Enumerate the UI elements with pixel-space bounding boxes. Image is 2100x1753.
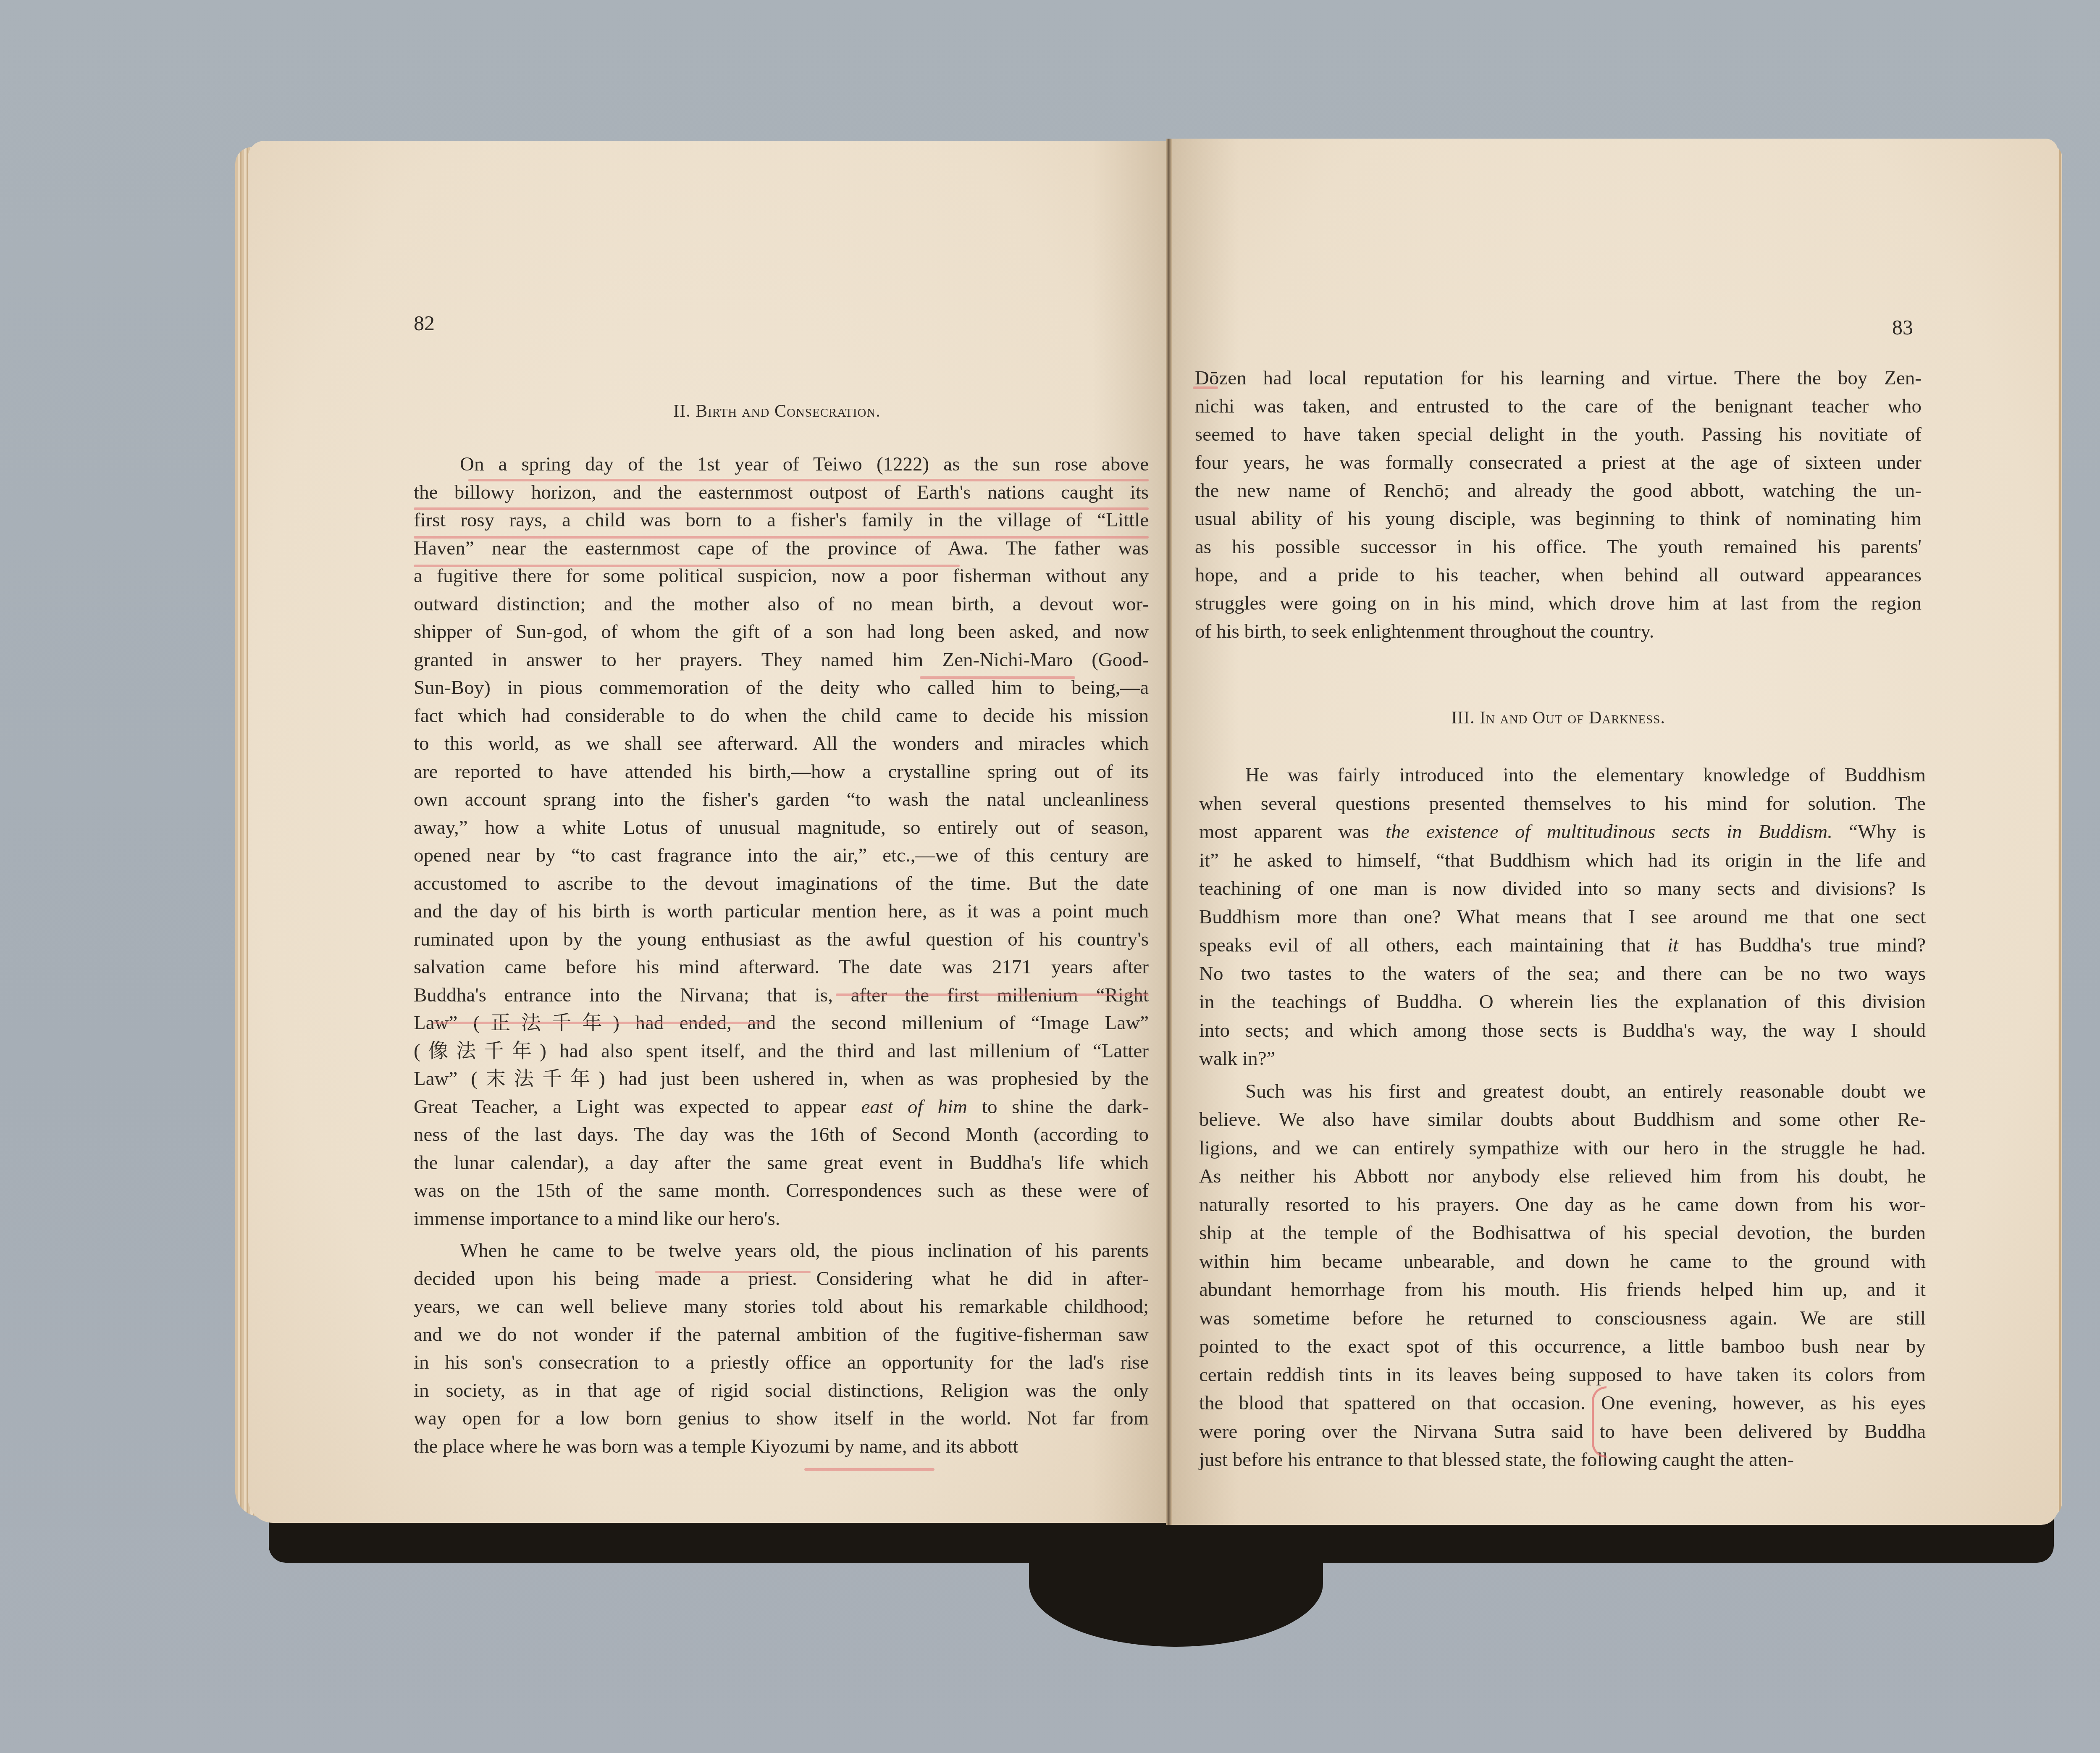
page-number-right: 83 bbox=[1892, 315, 1913, 339]
text-line: nichi was taken, and entrusted to the ca… bbox=[1195, 394, 1921, 419]
text-line: Haven” near the easternmost cape of the … bbox=[414, 536, 1149, 561]
underline-mark bbox=[414, 507, 1149, 510]
text-line: own account sprang into the fisher's gar… bbox=[414, 787, 1149, 812]
text-line: (像法千年) had also spent itself, and the th… bbox=[414, 1038, 1149, 1064]
text-line: within him became unbearable, and down h… bbox=[1199, 1249, 1926, 1274]
text-line: Such was his first and greatest doubt, a… bbox=[1245, 1079, 1926, 1104]
text-line: in the teachings of Buddha. O wherein li… bbox=[1199, 989, 1926, 1014]
underline-mark bbox=[655, 1271, 811, 1273]
page-number-left: 82 bbox=[414, 311, 435, 335]
text-line: in his son's consecration to a priestly … bbox=[414, 1350, 1149, 1375]
text-line: opened near by “to cast fragrance into t… bbox=[414, 843, 1149, 868]
text-line: teachining of one man is now divided int… bbox=[1199, 876, 1926, 901]
text-line: the billowy horizon, and the easternmost… bbox=[414, 480, 1149, 505]
text-line: salvation came before his mind afterward… bbox=[414, 954, 1149, 980]
text-line: accustomed to ascribe to the devout imag… bbox=[414, 871, 1149, 896]
text-line: first rosy rays, a child was born to a f… bbox=[414, 507, 1149, 533]
chapter-heading-right: III. In and Out of Darkness. bbox=[1201, 708, 1915, 728]
text-line: when several questions presented themsel… bbox=[1199, 791, 1926, 816]
text-line: struggles were going on in his mind, whi… bbox=[1195, 591, 1921, 616]
text-line: the blood that spattered on that occasio… bbox=[1199, 1390, 1926, 1416]
text-line: No two tastes to the waters of the sea; … bbox=[1199, 961, 1926, 986]
text-line: the lunar calendar), a day after the sam… bbox=[414, 1150, 1149, 1175]
text-line: Sun-Boy) in pious commemoration of the d… bbox=[414, 675, 1149, 700]
text-line: decided upon his being made a priest. Co… bbox=[414, 1266, 1149, 1291]
text-line: ruminated upon by the young enthusiast a… bbox=[414, 927, 1149, 952]
underline-mark bbox=[836, 993, 1149, 996]
text-line: ligions, and we can entirely sympathize … bbox=[1199, 1135, 1926, 1161]
text-line: He was fairly introduced into the elemen… bbox=[1245, 762, 1926, 788]
text-line: ness of the last days. The day was the 1… bbox=[414, 1122, 1149, 1147]
text-line: Great Teacher, a Light was expected to a… bbox=[414, 1094, 1149, 1120]
text-line: the place where he was born was a temple… bbox=[414, 1434, 1149, 1459]
text-line: a fugitive there for some political susp… bbox=[414, 563, 1149, 589]
text-line: of his birth, to seek enlightenment thro… bbox=[1195, 619, 1921, 644]
text-line: most apparent was the existence of multi… bbox=[1199, 819, 1926, 844]
book-spine bbox=[1166, 139, 1172, 1525]
underline-mark bbox=[414, 565, 960, 567]
text-line: was sometime before he returned to consc… bbox=[1199, 1306, 1926, 1331]
text-line: into sects; and which among those sects … bbox=[1199, 1018, 1926, 1043]
text-line: As neither his Abbott nor anybody else r… bbox=[1199, 1164, 1926, 1189]
text-line: When he came to be twelve years old, the… bbox=[460, 1238, 1149, 1263]
text-line: it” he asked to himself, “that Buddhism … bbox=[1199, 848, 1926, 873]
text-line: and the day of his birth is worth partic… bbox=[414, 899, 1149, 924]
underline-mark bbox=[433, 1022, 769, 1024]
text-line: were poring over the Nirvana Sutra said … bbox=[1199, 1419, 1926, 1444]
text-line: usual ability of his young disciple, was… bbox=[1195, 506, 1921, 531]
chapter-heading-left: II. Birth and Consecration. bbox=[420, 401, 1134, 421]
text-line: shipper of Sun-god, of whom the gift of … bbox=[414, 619, 1149, 644]
bracket-mark bbox=[1592, 1386, 1606, 1458]
text-line: believe. We also have similar doubts abo… bbox=[1199, 1107, 1926, 1132]
text-line: walk in?” bbox=[1199, 1046, 1926, 1071]
text-line: naturally resorted to his prayers. One d… bbox=[1199, 1192, 1926, 1217]
text-line: Buddhism more than one? What means that … bbox=[1199, 904, 1926, 930]
text-line: the new name of Renchō; and already the … bbox=[1195, 478, 1921, 503]
text-line: seemed to have taken special delight in … bbox=[1195, 422, 1921, 447]
text-line: immense importance to a mind like our he… bbox=[414, 1206, 1149, 1231]
text-line: outward distinction; and the mother also… bbox=[414, 591, 1149, 617]
text-line: granted in answer to her prayers. They n… bbox=[414, 647, 1149, 673]
text-line: was on the 15th of the same month. Corre… bbox=[414, 1178, 1149, 1203]
text-line: abundant hemorrhage from his mouth. His … bbox=[1199, 1277, 1926, 1302]
text-line: years, we can well believe many stories … bbox=[414, 1294, 1149, 1319]
underline-mark bbox=[468, 479, 1149, 481]
text-line: On a spring day of the 1st year of Teiwo… bbox=[460, 452, 1149, 477]
underline-mark bbox=[920, 676, 1075, 679]
text-line: are reported to have attended his birth,… bbox=[414, 759, 1149, 784]
text-line: away,” how a white Lotus of unusual magn… bbox=[414, 815, 1149, 840]
spine-shadow bbox=[1029, 1521, 1323, 1647]
underline-mark bbox=[1193, 386, 1218, 389]
text-line: ship at the temple of the Bodhisattwa of… bbox=[1199, 1220, 1926, 1246]
text-line: and we do not wonder if the paternal amb… bbox=[414, 1322, 1149, 1347]
text-line: speaks evil of all others, each maintain… bbox=[1199, 933, 1926, 958]
text-line: just before his entrance to that blessed… bbox=[1199, 1447, 1926, 1472]
text-line: pointed to the exact spot of this occurr… bbox=[1199, 1334, 1926, 1359]
text-line: four years, he was formally consecrated … bbox=[1195, 450, 1921, 475]
underline-mark bbox=[804, 1468, 934, 1471]
text-line: fact which had considerable to do when t… bbox=[414, 703, 1149, 728]
text-line: in society, as in that age of rigid soci… bbox=[414, 1378, 1149, 1403]
text-line: Dōzen had local reputation for his learn… bbox=[1195, 365, 1921, 391]
text-line: Law” (末法千年) had just been ushered in, wh… bbox=[414, 1066, 1149, 1091]
text-line: certain reddish tints in its leaves bein… bbox=[1199, 1362, 1926, 1388]
text-line: hope, and a pride to his teacher, when b… bbox=[1195, 562, 1921, 588]
text-line: as his possible successor in his office.… bbox=[1195, 534, 1921, 560]
text-line: way open for a low born genius to show i… bbox=[414, 1406, 1149, 1431]
text-line: to this world, as we shall see afterward… bbox=[414, 731, 1149, 756]
underline-mark bbox=[414, 536, 1149, 539]
